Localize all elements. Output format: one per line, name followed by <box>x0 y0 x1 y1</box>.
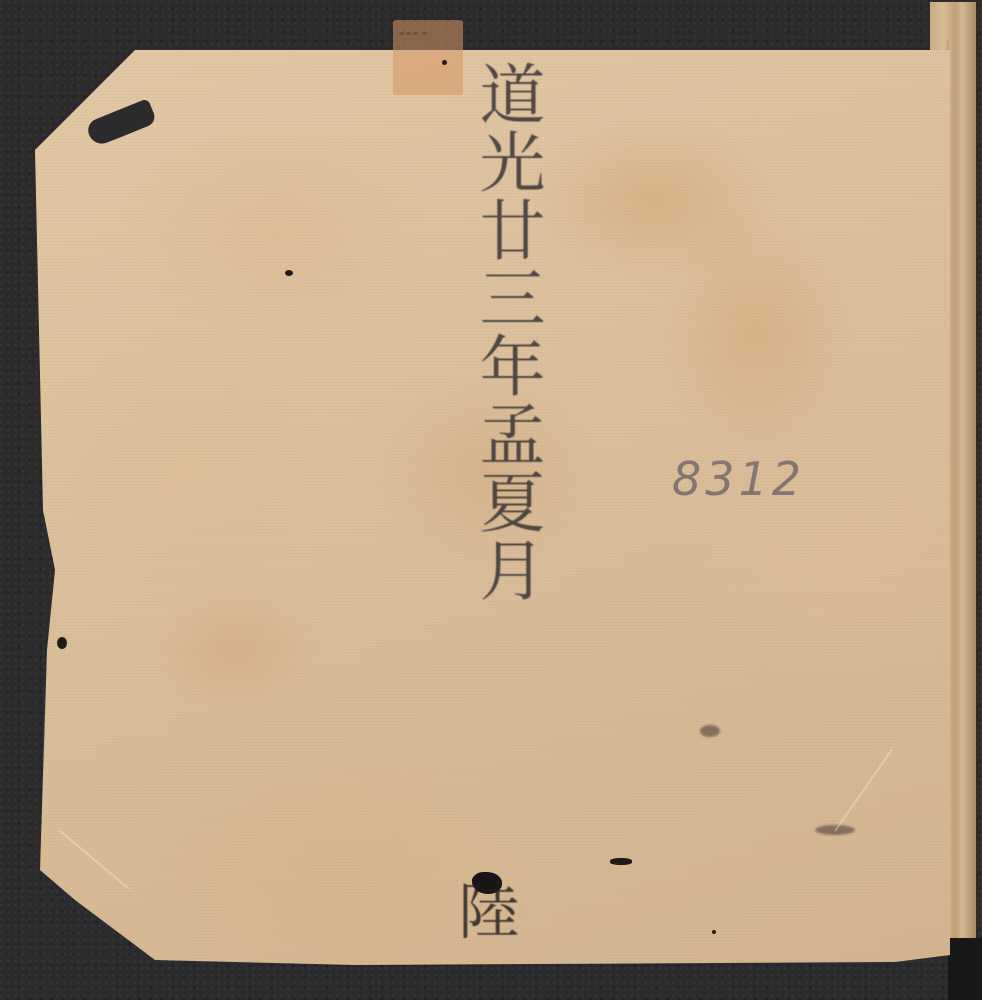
bottom-character-inscription: 陸 <box>458 862 520 951</box>
library-label-sticker: ▬▬▬ ▬ <box>393 20 463 95</box>
ink-speck <box>610 858 632 865</box>
ink-speck <box>285 270 293 276</box>
ink-smudge <box>700 725 720 737</box>
ink-speck <box>712 930 716 934</box>
vertical-date-inscription: 道光廿三年孟夏月 <box>466 60 546 604</box>
label-sticker-text: ▬▬▬ ▬ <box>399 30 429 37</box>
photo-scene: ▬▬▬ ▬ 道光廿三年孟夏月 8312 陸 <box>0 0 982 1000</box>
book-block-shadow <box>948 938 982 1000</box>
ink-speck <box>57 637 67 649</box>
ink-speck <box>442 60 447 65</box>
pencil-catalog-number: 8312 <box>672 452 805 506</box>
